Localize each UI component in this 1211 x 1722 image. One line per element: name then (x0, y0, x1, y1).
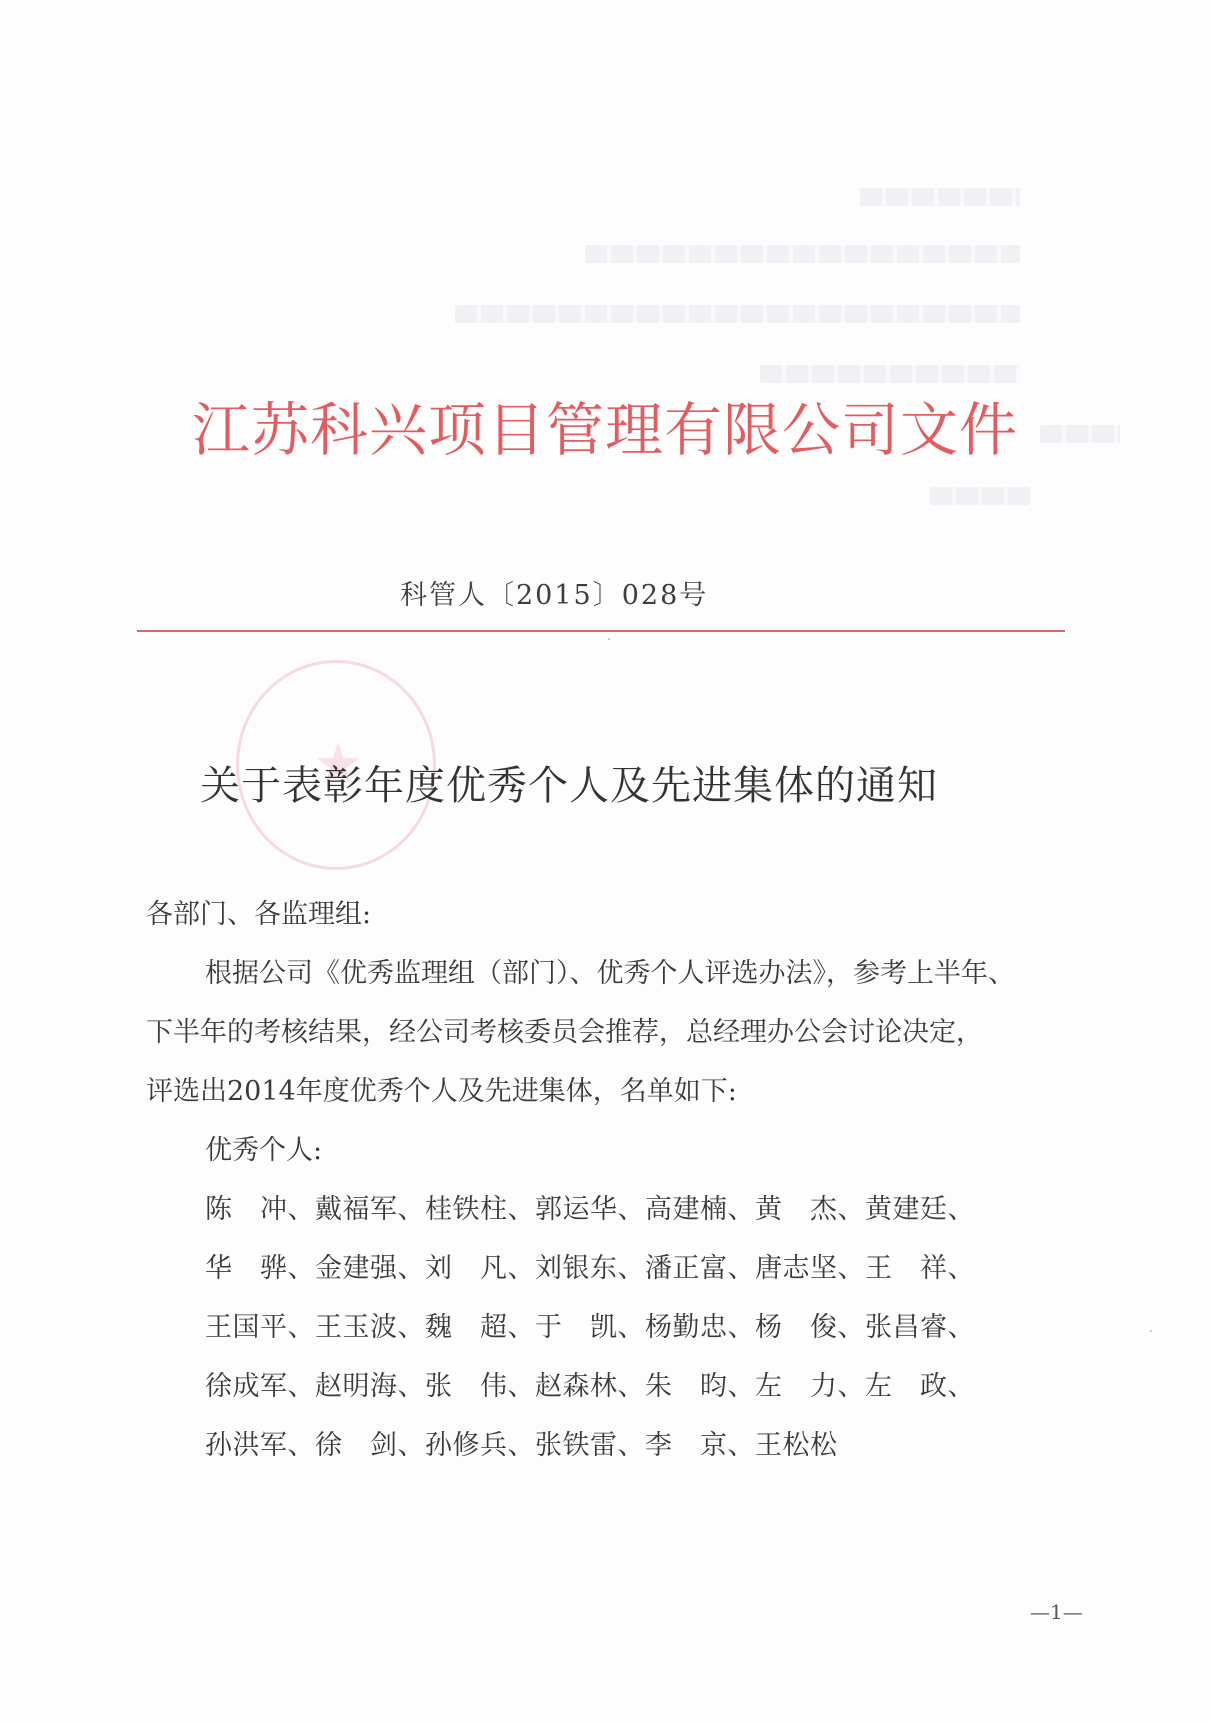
list-label: 优秀个人: (205, 1133, 322, 1169)
bleed-through-line (930, 487, 1030, 505)
bleed-through-line (860, 188, 1020, 206)
page-number: —1— (1030, 1599, 1083, 1625)
red-divider (137, 630, 1065, 632)
name-list-row: 孙洪军、徐 剑、孙修兵、张铁雷、李 京、王松松 (205, 1428, 838, 1464)
name-list-row: 陈 冲、戴福军、桂铁柱、郭运华、高建楠、黄 杰、黄建廷、 (205, 1192, 975, 1228)
name-list-row: 华 骅、金建强、刘 凡、刘银东、潘正富、唐志坚、王 祥、 (205, 1251, 975, 1287)
speck (608, 638, 610, 640)
bleed-through-line (585, 245, 1020, 263)
document-number: 科管人〔2015〕028号 (400, 578, 820, 614)
name-list-row: 徐成军、赵明海、张 伟、赵森林、朱 昀、左 力、左 政、 (205, 1369, 975, 1405)
document-page: ★ 江苏科兴项目管理有限公司文件 科管人〔2015〕028号 关于表彰年度优秀个… (0, 0, 1211, 1722)
paragraph-line: 下半年的考核结果，经公司考核委员会推荐，总经理办公会讨论决定， (146, 1015, 983, 1051)
document-title: 关于表彰年度优秀个人及先进集体的通知 (200, 758, 1040, 814)
paragraph-line: 评选出2014年度优秀个人及先进集体，名单如下: (146, 1074, 737, 1110)
name-list-row: 王国平、王玉波、魏 超、于 凯、杨勤忠、杨 俊、张昌睿、 (205, 1310, 975, 1346)
paragraph-line: 根据公司《优秀监理组（部门）、优秀个人评选办法》，参考上半年、 (205, 956, 1015, 992)
bleed-through-line (760, 365, 1020, 383)
issuer-header: 江苏科兴项目管理有限公司文件 (192, 395, 1012, 465)
bleed-through-line (1040, 425, 1120, 443)
speck (1150, 1330, 1152, 1332)
bleed-through-line (455, 305, 1020, 323)
salutation: 各部门、各监理组: (146, 897, 371, 933)
